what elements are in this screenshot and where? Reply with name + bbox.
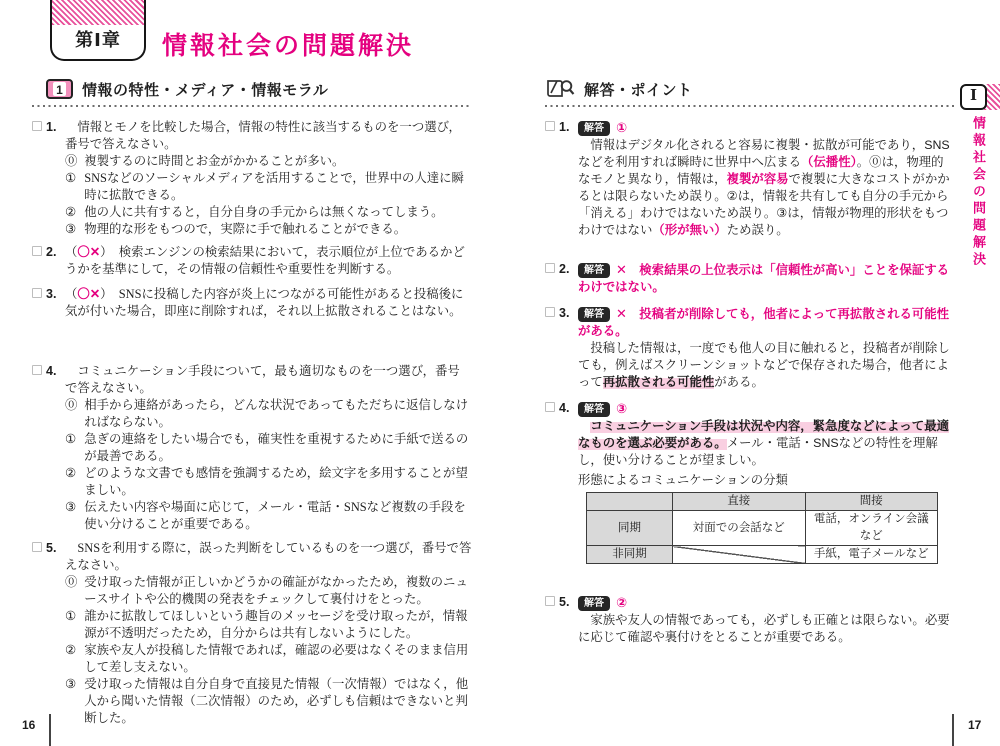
footer-rule	[49, 714, 51, 746]
question-stem: （〇✕） SNSに投稿した内容が炎上につながる可能性があると投稿後に気が付いた場…	[65, 286, 472, 320]
table-header-cell	[587, 493, 673, 511]
page-number-right: 17	[968, 718, 981, 732]
answer-badge: 解答	[578, 596, 610, 611]
choice-text: 複製するのに時間とお金がかかることが多い。	[84, 153, 472, 170]
answer-number: 5.	[559, 594, 569, 611]
answers-column: 解答・ポイント 1. 解答① 情報はデジタル化されると容易に複製・拡散が可能であ…	[545, 78, 955, 646]
choice: ① 急ぎの連絡をしたい場合でも，確実性を重視するために手紙で送るのが最善である。	[65, 431, 472, 465]
answers-header: 解答・ポイント	[545, 78, 955, 100]
section-title: 情報の特性・メディア・情報モラル	[82, 79, 328, 100]
answer-mark: ✕	[616, 306, 627, 321]
choice-marker: ②	[65, 465, 84, 499]
choice-marker: ①	[65, 170, 84, 204]
choice-marker: ①	[65, 431, 84, 465]
choice-marker: ③	[65, 676, 84, 727]
question-checkbox[interactable]	[32, 365, 42, 375]
answer-checkbox[interactable]	[545, 263, 555, 273]
question-number: 5.	[46, 540, 56, 557]
table-header-row: 直接 間接	[587, 493, 938, 511]
question-5: 5. SNSを利用する際に，誤った判断をしているものを一つ選び，番号で答えなさい…	[32, 540, 472, 727]
answer-5: 5. 解答② 家族や友人の情報であっても，必ずしも正確とは限らない。必要に応じて…	[545, 594, 955, 646]
table-row: 非同期 手紙，電子メールなど	[587, 546, 938, 564]
table-header-cell: 直接	[673, 493, 806, 511]
choice-text: SNSなどのソーシャルメディアを活用することで，世界中の人達に瞬時に拡散できる。	[84, 170, 472, 204]
question-number: 1.	[46, 119, 56, 136]
answer-number: 2.	[559, 261, 569, 278]
question-number: 3.	[46, 286, 56, 303]
dotted-rule	[32, 105, 472, 107]
choice-text: 相手から連絡があったら，どんな状況であってもただちに返信しなければならない。	[84, 397, 472, 431]
answer-badge: 解答	[578, 402, 610, 417]
answer-badge: 解答	[578, 263, 610, 278]
answer-checkbox[interactable]	[545, 307, 555, 317]
answer-headline-line: 解答✕ 投稿者が削除しても，他者によって再拡散される可能性がある。	[578, 305, 955, 340]
page-number-left: 16	[22, 718, 35, 732]
choice-text: 誰かに拡散してほしいという趣旨のメッセージを受け取ったが，情報源が不透明だったた…	[84, 608, 472, 642]
choice-marker: ⓪	[65, 397, 84, 431]
table-row-label: 非同期	[587, 546, 673, 564]
questions-column: 1 情報の特性・メディア・情報モラル 1. 情報とモノを比較した場合，情報の特性…	[32, 78, 472, 727]
question-stem: 情報とモノを比較した場合，情報の特性に該当するものを一つ選び，番号で答えなさい。	[65, 119, 472, 153]
choice-text: 物理的な形をもつので，実際に手で触れることができる。	[84, 221, 472, 238]
choice: ③ 伝えたい内容や場面に応じて，メール・電話・SNSなど複数の手段を使い分けるこ…	[65, 499, 472, 533]
question-checkbox[interactable]	[32, 288, 42, 298]
choice-text: 受け取った情報は自分自身で直接見た情報（一次情報）ではなく，他人から聞いた情報（…	[84, 676, 472, 727]
choice-marker: ③	[65, 499, 84, 533]
answer-body: 家族や友人の情報であっても，必ずしも正確とは限らない。必要に応じて確認や裏付けを…	[578, 612, 955, 646]
answer-badge: 解答	[578, 307, 610, 322]
footer-rule	[952, 714, 954, 746]
answer-headline: 検索結果の上位表示は「信頼性が高い」ことを保証するわけではない。	[578, 263, 949, 294]
answer-body: コミュニケーション手段は状況や内容，緊急度などによって最適なものを選ぶ必要がある…	[578, 418, 955, 469]
choice: ② 他の人に共有すると，自分自身の手元からは無くなってしまう。	[65, 204, 472, 221]
choice-marker: ③	[65, 221, 84, 238]
answer-badge-line: 解答①	[578, 119, 955, 137]
chapter-hatch-pattern	[52, 0, 144, 25]
table-row-label: 同期	[587, 511, 673, 546]
answer-body: 投稿した情報は，一度でも他人の目に触れると，投稿者が削除しても，例えばスクリーン…	[578, 340, 955, 391]
choice: ⓪ 複製するのに時間とお金がかかることが多い。	[65, 153, 472, 170]
answer-4: 4. 解答③ コミュニケーション手段は状況や内容，緊急度などによって最適なものを…	[545, 400, 955, 564]
answer-headline-line: 解答✕ 検索結果の上位表示は「信頼性が高い」ことを保証するわけではない。	[578, 261, 955, 296]
choice: ③ 受け取った情報は自分自身で直接見た情報（一次情報）ではなく，他人から聞いた情…	[65, 676, 472, 727]
answer-number: 3.	[559, 305, 569, 322]
choice-text: 受け取った情報が正しいかどうかの確証がなかったため，複数のニュースサイトや公的機…	[84, 574, 472, 608]
choice-text: 急ぎの連絡をしたい場合でも，確実性を重視するために手紙で送るのが最善である。	[84, 431, 472, 465]
table-cell-diagonal	[673, 546, 806, 564]
choice: ③ 物理的な形をもつので，実際に手で触れることができる。	[65, 221, 472, 238]
answers-title: 解答・ポイント	[584, 79, 693, 100]
question-stem: コミュニケーション手段について，最も適切なものを一つ選び，番号で答えなさい。	[65, 363, 472, 397]
choice-marker: ⓪	[65, 153, 84, 170]
answer-number: 4.	[559, 400, 569, 417]
question-checkbox[interactable]	[32, 246, 42, 256]
table-caption: 形態によるコミュニケーションの分類	[578, 472, 955, 489]
answer-points-icon	[545, 78, 575, 100]
section-book-icon: 1	[46, 79, 73, 99]
answer-badge-line: 解答③	[578, 400, 955, 418]
answer-mark: ②	[616, 595, 627, 610]
question-stem: SNSを利用する際に，誤った判断をしているものを一つ選び，番号で答えなさい。	[65, 540, 472, 574]
chapter-tab-numeral: Ⅰ	[960, 84, 987, 110]
answer-checkbox[interactable]	[545, 402, 555, 412]
chapter-title: 情報社会の問題解決	[162, 26, 414, 62]
question-number: 2.	[46, 244, 56, 261]
choice-text: 伝えたい内容や場面に応じて，メール・電話・SNSなど複数の手段を使い分けることが…	[84, 499, 472, 533]
section-number: 1	[53, 82, 66, 96]
question-stem: （〇✕） 検索エンジンの検索結果において，表示順位が上位であるかどうかを基準にし…	[65, 244, 472, 278]
answer-checkbox[interactable]	[545, 121, 555, 131]
communication-table: 直接 間接 同期 対面での会話など 電話，オンライン会議など 非同期 手紙，電子…	[586, 492, 938, 564]
table-cell: 対面での会話など	[673, 511, 806, 546]
choice: ② どのような文書でも感情を強調するため，絵文字を多用することが望ましい。	[65, 465, 472, 499]
choice-marker: ①	[65, 608, 84, 642]
table-row: 同期 対面での会話など 電話，オンライン会議など	[587, 511, 938, 546]
question-3: 3. （〇✕） SNSに投稿した内容が炎上につながる可能性があると投稿後に気が付…	[32, 286, 472, 320]
answer-3: 3. 解答✕ 投稿者が削除しても，他者によって再拡散される可能性がある。 投稿し…	[545, 305, 955, 391]
answer-mark: ①	[616, 120, 627, 135]
answer-mark: ③	[616, 401, 627, 416]
choice: ⓪ 相手から連絡があったら，どんな状況であってもただちに返信しなければならない。	[65, 397, 472, 431]
choice-text: 他の人に共有すると，自分自身の手元からは無くなってしまう。	[84, 204, 472, 221]
question-1: 1. 情報とモノを比較した場合，情報の特性に該当するものを一つ選び，番号で答えな…	[32, 119, 472, 238]
table-cell: 電話，オンライン会議など	[805, 511, 938, 546]
choice: ② 家族や友人が投稿した情報であれば，確認の必要はなくそのまま信用して差し支えな…	[65, 642, 472, 676]
choice: ① SNSなどのソーシャルメディアを活用することで，世界中の人達に瞬時に拡散でき…	[65, 170, 472, 204]
answer-headline: 投稿者が削除しても，他者によって再拡散される可能性がある。	[578, 307, 949, 338]
answer-number: 1.	[559, 119, 569, 136]
edge-vertical-title: 情報社会の問題解決	[969, 116, 988, 269]
section-header: 1 情報の特性・メディア・情報モラル	[32, 78, 472, 100]
table-cell: 手紙，電子メールなど	[805, 546, 938, 564]
table-header-cell: 間接	[805, 493, 938, 511]
question-checkbox[interactable]	[32, 542, 42, 552]
question-checkbox[interactable]	[32, 121, 42, 131]
answer-1: 1. 解答① 情報はデジタル化されると容易に複製・拡散が可能であり，SNSなどを…	[545, 119, 955, 239]
chapter-edge-tab[interactable]: Ⅰ	[960, 84, 1000, 110]
chapter-box: 第Ⅰ章	[50, 0, 146, 61]
question-4: 4. コミュニケーション手段について，最も適切なものを一つ選び，番号で答えなさい…	[32, 363, 472, 533]
choice-marker: ②	[65, 204, 84, 221]
choice: ⓪ 受け取った情報が正しいかどうかの確証がなかったため，複数のニュースサイトや公…	[65, 574, 472, 608]
question-2: 2. （〇✕） 検索エンジンの検索結果において，表示順位が上位であるかどうかを基…	[32, 244, 472, 278]
answer-checkbox[interactable]	[545, 596, 555, 606]
textbook-spread: 第Ⅰ章 情報社会の問題解決 1 情報の特性・メディア・情報モラル 1. 情報とモ…	[0, 0, 1000, 746]
choice-marker: ⓪	[65, 574, 84, 608]
question-number: 4.	[46, 363, 56, 380]
answer-body: 情報はデジタル化されると容易に複製・拡散が可能であり，SNSなどを利用すれば瞬時…	[578, 137, 955, 239]
answer-mark: ✕	[616, 262, 627, 277]
answer-badge-line: 解答②	[578, 594, 955, 612]
choice-marker: ②	[65, 642, 84, 676]
choice: ① 誰かに拡散してほしいという趣旨のメッセージを受け取ったが，情報源が不透明だっ…	[65, 608, 472, 642]
answer-badge: 解答	[578, 121, 610, 136]
dotted-rule	[545, 105, 955, 107]
choice-text: どのような文書でも感情を強調するため，絵文字を多用することが望ましい。	[84, 465, 472, 499]
chapter-label: 第Ⅰ章	[52, 25, 144, 56]
choice-text: 家族や友人が投稿した情報であれば，確認の必要はなくそのまま信用して差し支えない。	[84, 642, 472, 676]
answer-2: 2. 解答✕ 検索結果の上位表示は「信頼性が高い」ことを保証するわけではない。	[545, 261, 955, 296]
